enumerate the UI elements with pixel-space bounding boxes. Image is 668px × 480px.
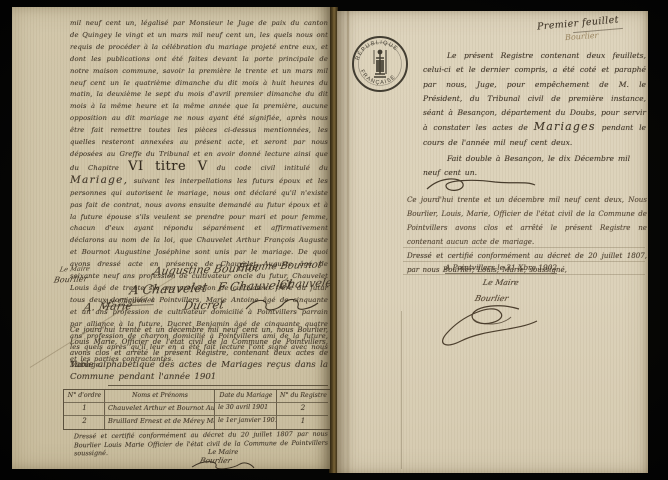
header-faded-signature: Bourlier	[565, 31, 599, 42]
act-text-before-chapter: mil neuf cent un, légalisé par Monsieur …	[70, 19, 328, 172]
mariages-word: Mariages	[534, 120, 596, 133]
table-cell: 2	[64, 416, 105, 429]
act-text-after-chapter: du code civil intitulé du	[217, 164, 328, 172]
right-page: Premier feuillet Bourlier RÉPUBLIQUE FRA…	[337, 11, 648, 473]
table-header-date: Date du Mariage	[215, 390, 277, 403]
marriage-table: N° d'ordre Noms et Prénoms Date du Maria…	[63, 389, 330, 430]
right-maire-label: Le Maire	[482, 278, 519, 287]
table-header-names: Noms et Prénoms	[105, 390, 215, 403]
maire-signature: Bourlier	[53, 274, 88, 284]
registry-book-scan: mil neuf cent un, légalisé par Monsieur …	[0, 0, 668, 480]
maire-label: Le Maire	[59, 264, 90, 273]
table-header-register: N° du Registre	[277, 390, 328, 403]
mariage-word: Mariage,	[70, 174, 128, 186]
right-closing-paragraph: Ce jourd'hui trente et un décembre mil n…	[407, 193, 647, 249]
left-maire-label: Le Maire	[208, 448, 238, 456]
table-cell: 2	[277, 403, 328, 416]
left-page: mil neuf cent un, légalisé par Monsieur …	[12, 7, 330, 469]
signature-ducret: Ducret	[183, 297, 226, 312]
left-certification-text: Dressé et certifié conformément au décre…	[74, 430, 328, 458]
table-cell: le 30 avril 1901	[215, 403, 277, 416]
maire-signature-flourish	[433, 299, 553, 351]
table-cell: Chauvelet Arthur et Bournot Augustine	[105, 403, 215, 416]
signature-a-chauvelet: A Chauvelet	[128, 280, 208, 298]
table-cell: 1	[277, 416, 328, 429]
stamp-figure	[374, 50, 386, 77]
republique-francaise-stamp: RÉPUBLIQUE FRANÇAISE	[350, 34, 410, 94]
title-underline	[108, 385, 328, 386]
table-title: Table alphabétique des actes de Mariages…	[70, 360, 328, 384]
signature-flourish	[242, 295, 322, 315]
register-opening-paragraph: Le présent Registre contenant deux feuil…	[423, 49, 646, 150]
signature-chauvelet: Chauvelet	[279, 276, 330, 291]
place-date-line: A Pointvillers le 31 Xbre 1902	[445, 263, 557, 274]
table-header-order: N° d'ordre	[64, 390, 105, 403]
table-cell: le 1er janvier 1901	[215, 416, 277, 429]
table-cell: Bruillard Ernest et de Mérey Marguerite	[105, 416, 215, 429]
margin-line	[401, 311, 402, 469]
table-cell: 1	[64, 403, 105, 416]
signature-a-marie: A. Marie	[83, 299, 134, 314]
chapter-reference: VI titre V	[128, 159, 207, 174]
left-maire-flourish	[188, 459, 258, 469]
page-fold-line	[347, 11, 349, 473]
